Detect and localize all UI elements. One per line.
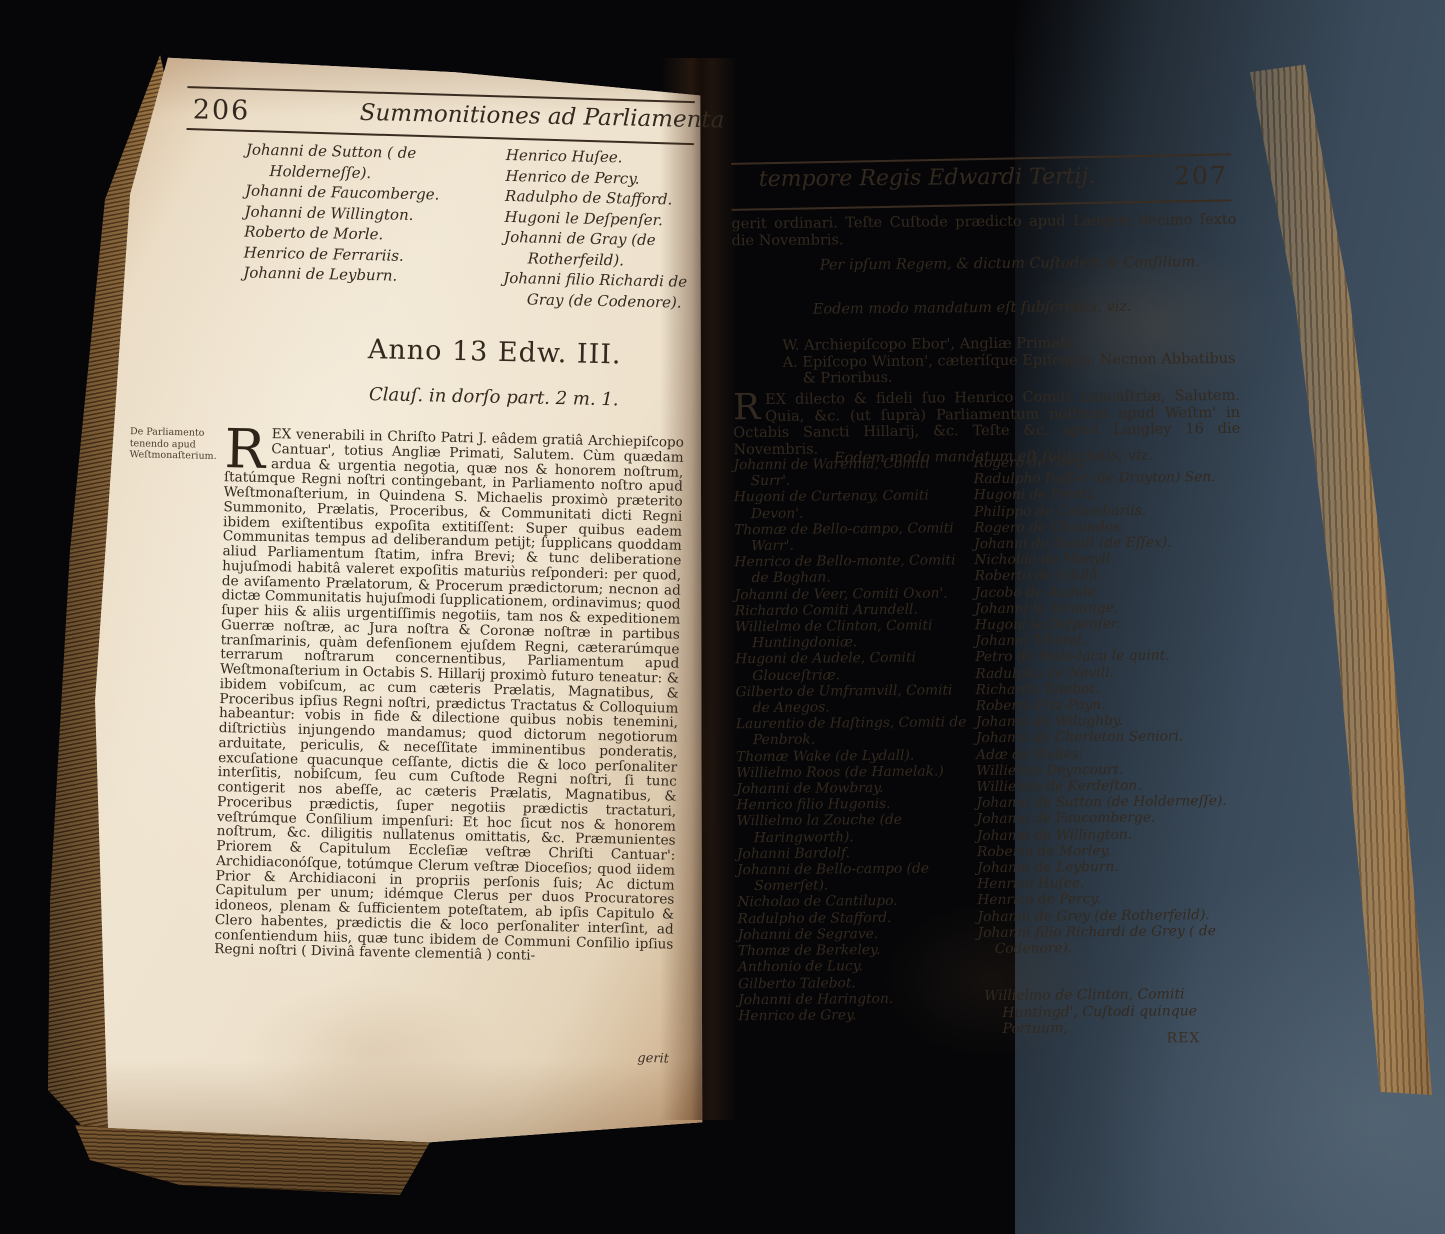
list-item: Henrico de Grey. [738,1006,969,1024]
eodem-line-1: Eodem modo mandatum eſt ſubſcriptis, viz… [802,299,1142,318]
header-rule-bottom-right [731,199,1231,211]
claus-heading: Clauſ. in dorſo part. 2 m. 1. [344,384,644,411]
running-title-left: Summonitiones ad Parliamenta [359,100,689,133]
list-item: Johanni de Veer, Comiti Oxon'. [735,585,966,603]
list-item: Willielmo Roos (de Hamelak.) [736,763,967,781]
list-item: Johanni de Warennâ, Comiti Surr'. [733,455,964,489]
closing-paragraph: Willielmo de Clinton, Comiti Huntingd', … [984,986,1256,1038]
right-page-content: tempore Regis Edwardi Tertij. 207 gerit … [731,148,1259,1113]
list-item: Johanni filio Richardi de Grey ( de Code… [978,923,1254,958]
list-item: Johanni de Gray (de Rotherfeild). [504,227,701,272]
book-photo: 206 Summonitiones ad Parliamenta Johanni… [0,0,1445,1234]
rex-drop-cap-R: R [733,392,765,423]
page-number-206: 206 [192,94,250,126]
barons-list-col1: Johanni de Warennâ, Comiti Surr'.Hugoni … [733,455,969,1024]
list-item: Henrico filio Hugonis. [736,796,967,814]
addressee-list: W. Archiepiſcopo Ebor', Angliæ Primati.A… [782,334,1244,388]
list-item: Johanni de Leyburn. [243,262,505,288]
closing-text: Willielmo de Clinton, Comiti Huntingd', … [984,986,1256,1038]
summons-list-col2: Henrico Huſee.Henrico de Percy.Radulpho … [503,145,702,313]
body-text: EX venerabili in Chriſto Patri J. eâdem … [214,426,684,964]
list-item: Johanni de Sutton (de Holderneſſe). [976,793,1252,812]
list-item: Nicholao de Cantilupo. [737,893,968,911]
list-item: Henrico de Bello-monte, Comiti de Boghan… [734,552,965,586]
list-item: Thomæ de Bello-campo, Comiti Warr'. [734,520,965,554]
catchword-left: gerit [637,1051,669,1067]
list-item: Thomæ Wake (de Lydall). [736,747,967,765]
list-item: Radulpho de Stafford. [737,909,968,927]
list-item: Johanni de Sutton ( de Holderneſſe). [245,139,508,185]
running-title-right: tempore Regis Edwardi Tertij. [749,164,1105,192]
left-page-content: 206 Summonitiones ad Parliamenta Johanni… [114,77,695,1099]
list-item: Johanni Bardolf. [737,844,968,862]
list-item: Laurentio de Haſtings, Comiti de Penbrok… [736,714,967,748]
list-item: Anthonio de Lucy. [738,958,969,976]
list-item: Gilberto de Umframvill, Comiti de Anegos… [735,682,966,716]
list-item: Radulpho Baſſet (de Drayton) Sen. [974,469,1250,488]
margin-note: De Parliamento tenendo apud Weſtmonaſter… [129,426,224,462]
summons-list-col1: Johanni de Sutton ( de Holderneſſe).Joha… [243,139,508,288]
drop-cap-R: R [224,426,272,471]
rex-text: EX dilecto & fideli ſuo Henrico Comiti L… [733,388,1240,458]
list-item: Gilberto Talebot. [738,974,969,992]
body-paragraph: REX venerabili in Chriſto Patri J. eâdem… [214,426,684,966]
rex-paragraph: REX dilecto & fideli ſuo Henrico Comiti … [733,388,1241,458]
barons-list-col2: Rogero de Grey.Radulpho Baſſet (de Drayt… [973,453,1253,958]
catchword-rex: REX [1167,1030,1201,1046]
list-item: Johanni filio Richardi de Gray (de Coden… [503,268,700,313]
list-item: Willielmo la Zouche (de Haringworth). [737,812,968,846]
list-item: Hugoni de Audele, Comiti Glouceſtriæ. [735,650,966,684]
list-item: Hugoni de Curtenay, Comiti Devon'. [734,488,965,522]
anno-heading: Anno 13 Edw. III. [344,334,645,371]
list-item: Johanni de Segrave. [738,925,969,943]
list-item: Johanni de Harington. [738,990,969,1008]
list-item: Johanni de Mowbray. [736,779,967,797]
continuation-paragraph: gerit ordinari. Teſte Cuſtode prædicto a… [731,212,1236,250]
list-item: Willielmo de Clinton, Comiti Huntingdoni… [735,617,966,651]
per-ipsum-line: Per ipſum Regem, & dictum Cuſtodem & Con… [820,254,1240,274]
list-item: Thomæ de Berkeley. [738,941,969,959]
list-item: A. Epiſcopo Winton', cæteríſque Epiſcopi… [783,350,1245,387]
header-rule-top-right [731,153,1231,165]
page-number-207: 207 [1174,161,1228,190]
list-item: Richardo Comiti Arundell. [735,601,966,619]
list-item: Johanni de Bello-campo (de Somerſet). [737,860,968,894]
header-rule-top-left [187,86,695,103]
